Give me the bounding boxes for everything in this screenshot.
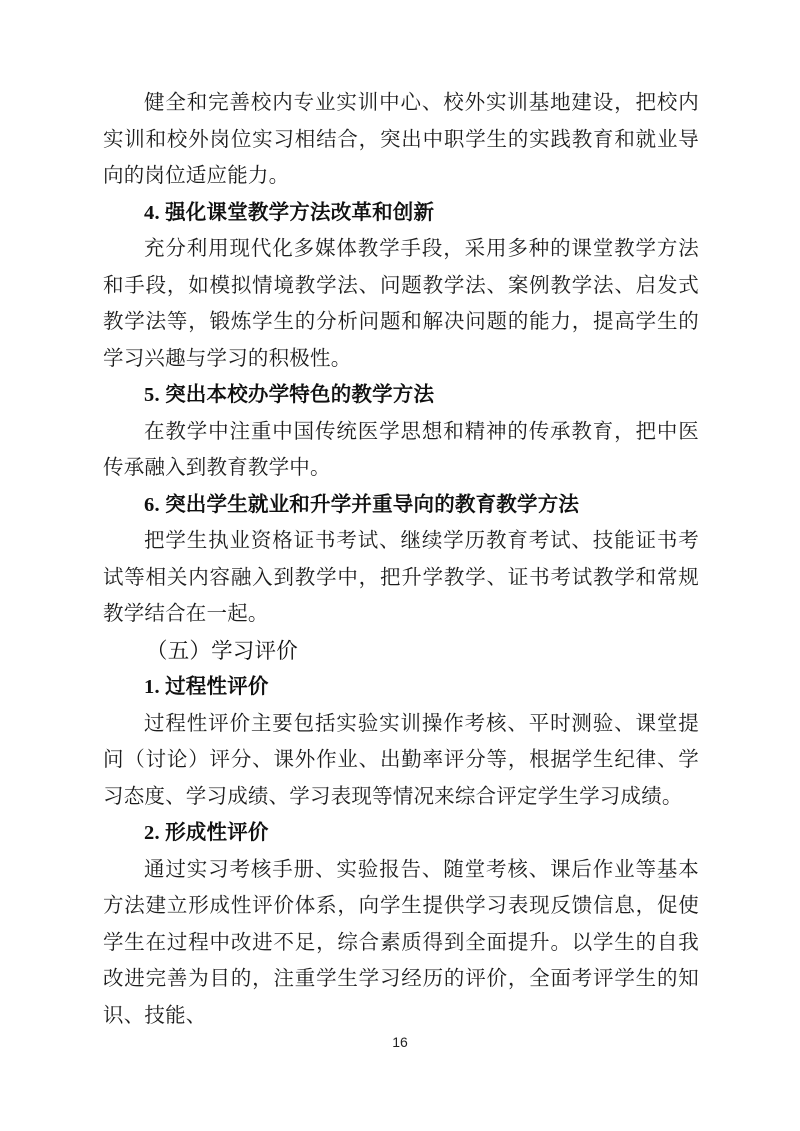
section-heading-5-learning-evaluation: （五）学习评价 [103, 633, 699, 670]
document-body: 健全和完善校内专业实训中心、校外实训基地建设，把校内实训和校外岗位实习相结合，突… [103, 85, 699, 1034]
paragraph-traditional-medicine-heritage: 在教学中注重中国传统医学思想和精神的传承教育，把中医传承融入到教育教学中。 [103, 414, 699, 487]
heading-2-formative-evaluation: 2. 形成性评价 [103, 815, 699, 852]
paragraph-practical-training: 健全和完善校内专业实训中心、校外实训基地建设，把校内实训和校外岗位实习相结合，突… [103, 85, 699, 195]
paragraph-process-evaluation-detail: 过程性评价主要包括实验实训操作考核、平时测验、课堂提问（讨论）评分、课外作业、出… [103, 706, 699, 816]
paragraph-certificate-exam-integration: 把学生执业资格证书考试、继续学历教育考试、技能证书考试等相关内容融入到教学中，把… [103, 523, 699, 633]
page-number: 16 [0, 1034, 800, 1050]
heading-5-school-characteristic-methods: 5. 突出本校办学特色的教学方法 [103, 377, 699, 414]
heading-4-classroom-teaching-reform: 4. 强化课堂教学方法改革和创新 [103, 195, 699, 232]
document-page: 健全和完善校内专业实训中心、校外实训基地建设，把校内实训和校外岗位实习相结合，突… [0, 0, 800, 1131]
heading-6-employment-further-study-methods: 6. 突出学生就业和升学并重导向的教育教学方法 [103, 487, 699, 524]
paragraph-multimedia-teaching-methods: 充分利用现代化多媒体教学手段，采用多种的课堂教学方法和手段，如模拟情境教学法、问… [103, 231, 699, 377]
paragraph-formative-evaluation-detail: 通过实习考核手册、实验报告、随堂考核、课后作业等基本方法建立形成性评价体系，向学… [103, 852, 699, 1035]
heading-1-process-evaluation: 1. 过程性评价 [103, 669, 699, 706]
